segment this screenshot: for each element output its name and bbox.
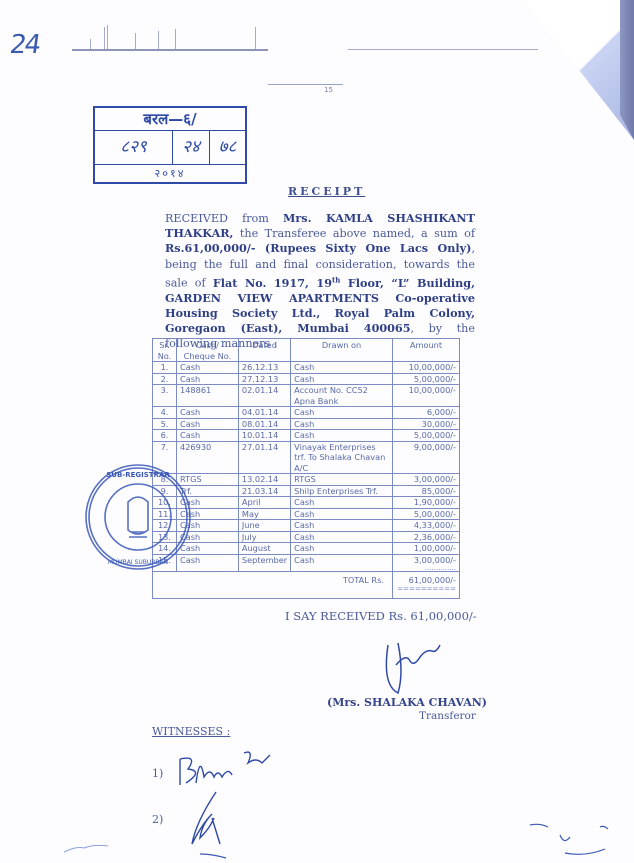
top-rule — [72, 49, 268, 51]
table-row: 2.Cash27.12.13Cash5,00,000/- — [153, 373, 460, 385]
row-dated: 02.01.14 — [238, 385, 290, 407]
row-amount: 5,00,000/- — [392, 430, 459, 442]
acknowledgement-line: I SAY RECEIVED Rs. 61,00,000/- — [285, 609, 477, 623]
row-dated: June — [238, 520, 290, 532]
row-dated: August — [238, 543, 290, 555]
witnesses-label: WITNESSES : — [152, 725, 230, 738]
printed-page-ref: 15 — [324, 86, 333, 94]
double-underline: ========== — [396, 586, 456, 592]
page-corner-fold — [524, 0, 634, 140]
table-row: 7.42693027.01.14Vinayak Enterprises trf.… — [153, 441, 460, 474]
transferor-signature — [378, 635, 448, 705]
row-dated: 08.01.14 — [238, 418, 290, 430]
row-amount: 3,00,000/-.............. — [392, 554, 459, 572]
row-sr: 5. — [153, 418, 177, 430]
table-row: 8.RTGS13.02.14RTGS3,00,000/- — [153, 474, 460, 486]
row-drawn-on: Cash — [291, 543, 393, 555]
table-row: 10.CashAprilCash1,90,000/- — [153, 497, 460, 509]
row-dated: 21.03.14 — [238, 485, 290, 497]
receipt-paragraph: RECEIVED from Mrs. KAMLA SHASHIKANT THAK… — [165, 211, 475, 352]
row-drawn-on: Cash — [291, 520, 393, 532]
row-amount: 10,00,000/- — [392, 362, 459, 374]
margin-scribble — [198, 850, 228, 860]
col-sr: Sr. No. — [153, 339, 177, 362]
witness-1-signature — [174, 745, 274, 790]
row-amount: 5,00,000/- — [392, 508, 459, 520]
row-mode: Cash — [176, 362, 238, 374]
svg-text:MUMBAI SUBURBAN: MUMBAI SUBURBAN — [108, 559, 168, 566]
row-drawn-on: Cash — [291, 362, 393, 374]
row-mode: Cash — [176, 430, 238, 442]
signer-role: Transferor — [419, 710, 476, 722]
col-dated: Dated — [238, 339, 290, 362]
row-sr: 2. — [153, 373, 177, 385]
table-row: 1.Cash26.12.13Cash10,00,000/- — [153, 362, 460, 374]
row-amount: 10,00,000/- — [392, 385, 459, 407]
row-dated: 27.12.13 — [238, 373, 290, 385]
table-row: 12.CashJuneCash4,33,000/- — [153, 520, 460, 532]
handwritten-page-number: 24 — [8, 30, 41, 60]
row-amount: 1,90,000/- — [392, 497, 459, 509]
margin-scribble — [62, 842, 112, 854]
row-amount: 30,000/- — [392, 418, 459, 430]
row-dated: 10.01.14 — [238, 430, 290, 442]
row-drawn-on: Cash — [291, 508, 393, 520]
row-drawn-on: Cash — [291, 531, 393, 543]
row-dated: September — [238, 554, 290, 572]
row-mode: Cash — [176, 373, 238, 385]
row-dated: 13.02.14 — [238, 474, 290, 486]
witness-2-signature — [186, 790, 226, 850]
row-amount-value: 3,00,000/- — [414, 555, 456, 565]
row-amount: 5,00,000/- — [392, 373, 459, 385]
subtotal-rule: .............. — [396, 565, 456, 571]
row-dated: 04.01.14 — [238, 407, 290, 419]
witness-1-label: 1) — [152, 767, 163, 780]
row-drawn-on: Cash — [291, 430, 393, 442]
row-dated: May — [238, 508, 290, 520]
table-total-row: TOTAL Rs. 61,00,000/-========== — [153, 572, 460, 599]
total-label: TOTAL Rs. — [153, 572, 393, 599]
witness-2-label: 2) — [152, 813, 163, 826]
col-drawn-on: Drawn on — [291, 339, 393, 362]
row-drawn-on: Shilp Enterprises Trf. — [291, 485, 393, 497]
row-drawn-on: Cash — [291, 497, 393, 509]
total-amount: 61,00,000/-========== — [392, 572, 459, 599]
row-dated: April — [238, 497, 290, 509]
row-drawn-on: Cash — [291, 407, 393, 419]
table-row: 13.CashJulyCash2,36,000/- — [153, 531, 460, 543]
row-sr: 3. — [153, 385, 177, 407]
row-drawn-on: Cash — [291, 554, 393, 572]
stamp-paper-ticks — [90, 25, 260, 49]
stamp-cell-3: ७८ — [210, 131, 245, 164]
row-dated: July — [238, 531, 290, 543]
payment-table: Sr. No. Cash/ Cheque No. Dated Drawn on … — [152, 338, 460, 599]
consideration-amount: Rs.61,00,000/- (Rupees Sixty One Lacs On… — [165, 241, 471, 255]
row-sr: 1. — [153, 362, 177, 374]
stamp-cell-2: २४ — [173, 131, 210, 164]
row-drawn-on: RTGS — [291, 474, 393, 486]
row-amount: 1,00,000/- — [392, 543, 459, 555]
table-row: 11.CashMayCash5,00,000/- — [153, 508, 460, 520]
page-ref-line — [268, 84, 343, 85]
row-amount: 85,000/- — [392, 485, 459, 497]
row-dated: 26.12.13 — [238, 362, 290, 374]
svg-text:SUB-REGISTRAR: SUB-REGISTRAR — [106, 471, 170, 479]
row-sr: 4. — [153, 407, 177, 419]
table-row: 15.CashSeptemberCash3,00,000/-..........… — [153, 554, 460, 572]
row-mode: Cash — [176, 418, 238, 430]
row-amount: 4,33,000/- — [392, 520, 459, 532]
para-text: RECEIVED from — [165, 212, 283, 225]
signer-name: (Mrs. SHALAKA CHAVAN) — [327, 696, 487, 709]
sub-registrar-seal: SUB-REGISTRAR MUMBAI SUBURBAN — [83, 462, 193, 572]
row-mode: 148861 — [176, 385, 238, 407]
flat-number: Flat No. 1917, 19 — [213, 276, 332, 290]
margin-scribble — [520, 815, 620, 860]
registration-stamp: बरल—६/ ८२९ २४ ७८ २०१४ — [93, 106, 247, 184]
row-amount: 9,00,000/- — [392, 441, 459, 474]
row-dated: 27.01.14 — [238, 441, 290, 474]
row-sr: 6. — [153, 430, 177, 442]
table-header-row: Sr. No. Cash/ Cheque No. Dated Drawn on … — [153, 339, 460, 362]
row-amount: 3,00,000/- — [392, 474, 459, 486]
row-drawn-on: Cash — [291, 418, 393, 430]
stamp-cell-1: ८२९ — [95, 131, 173, 164]
row-mode: Cash — [176, 407, 238, 419]
col-mode: Cash/ Cheque No. — [176, 339, 238, 362]
receipt-title: RECEIPT — [288, 185, 365, 198]
row-amount: 6,000/- — [392, 407, 459, 419]
row-amount: 2,36,000/- — [392, 531, 459, 543]
row-drawn-on: Vinayak Enterprises trf. To Shalaka Chav… — [291, 441, 393, 474]
para-text: the Transferee above named, a sum of — [233, 227, 475, 240]
table-row: 9.Trf.21.03.14Shilp Enterprises Trf.85,0… — [153, 485, 460, 497]
row-drawn-on: Cash — [291, 373, 393, 385]
table-row: 4.Cash04.01.14Cash6,000/- — [153, 407, 460, 419]
table-row: 5.Cash08.01.14Cash30,000/- — [153, 418, 460, 430]
table-row: 6.Cash10.01.14Cash5,00,000/- — [153, 430, 460, 442]
stamp-header: बरल—६/ — [95, 108, 245, 131]
stamp-year: २०१४ — [95, 165, 245, 182]
row-drawn-on: Account No. CC52 Apna Bank — [291, 385, 393, 407]
col-amount: Amount — [392, 339, 459, 362]
top-rule-right — [348, 49, 538, 50]
total-value: 61,00,000/- — [409, 575, 456, 585]
table-row: 3.14886102.01.14Account No. CC52 Apna Ba… — [153, 385, 460, 407]
table-row: 14.CashAugustCash1,00,000/- — [153, 543, 460, 555]
